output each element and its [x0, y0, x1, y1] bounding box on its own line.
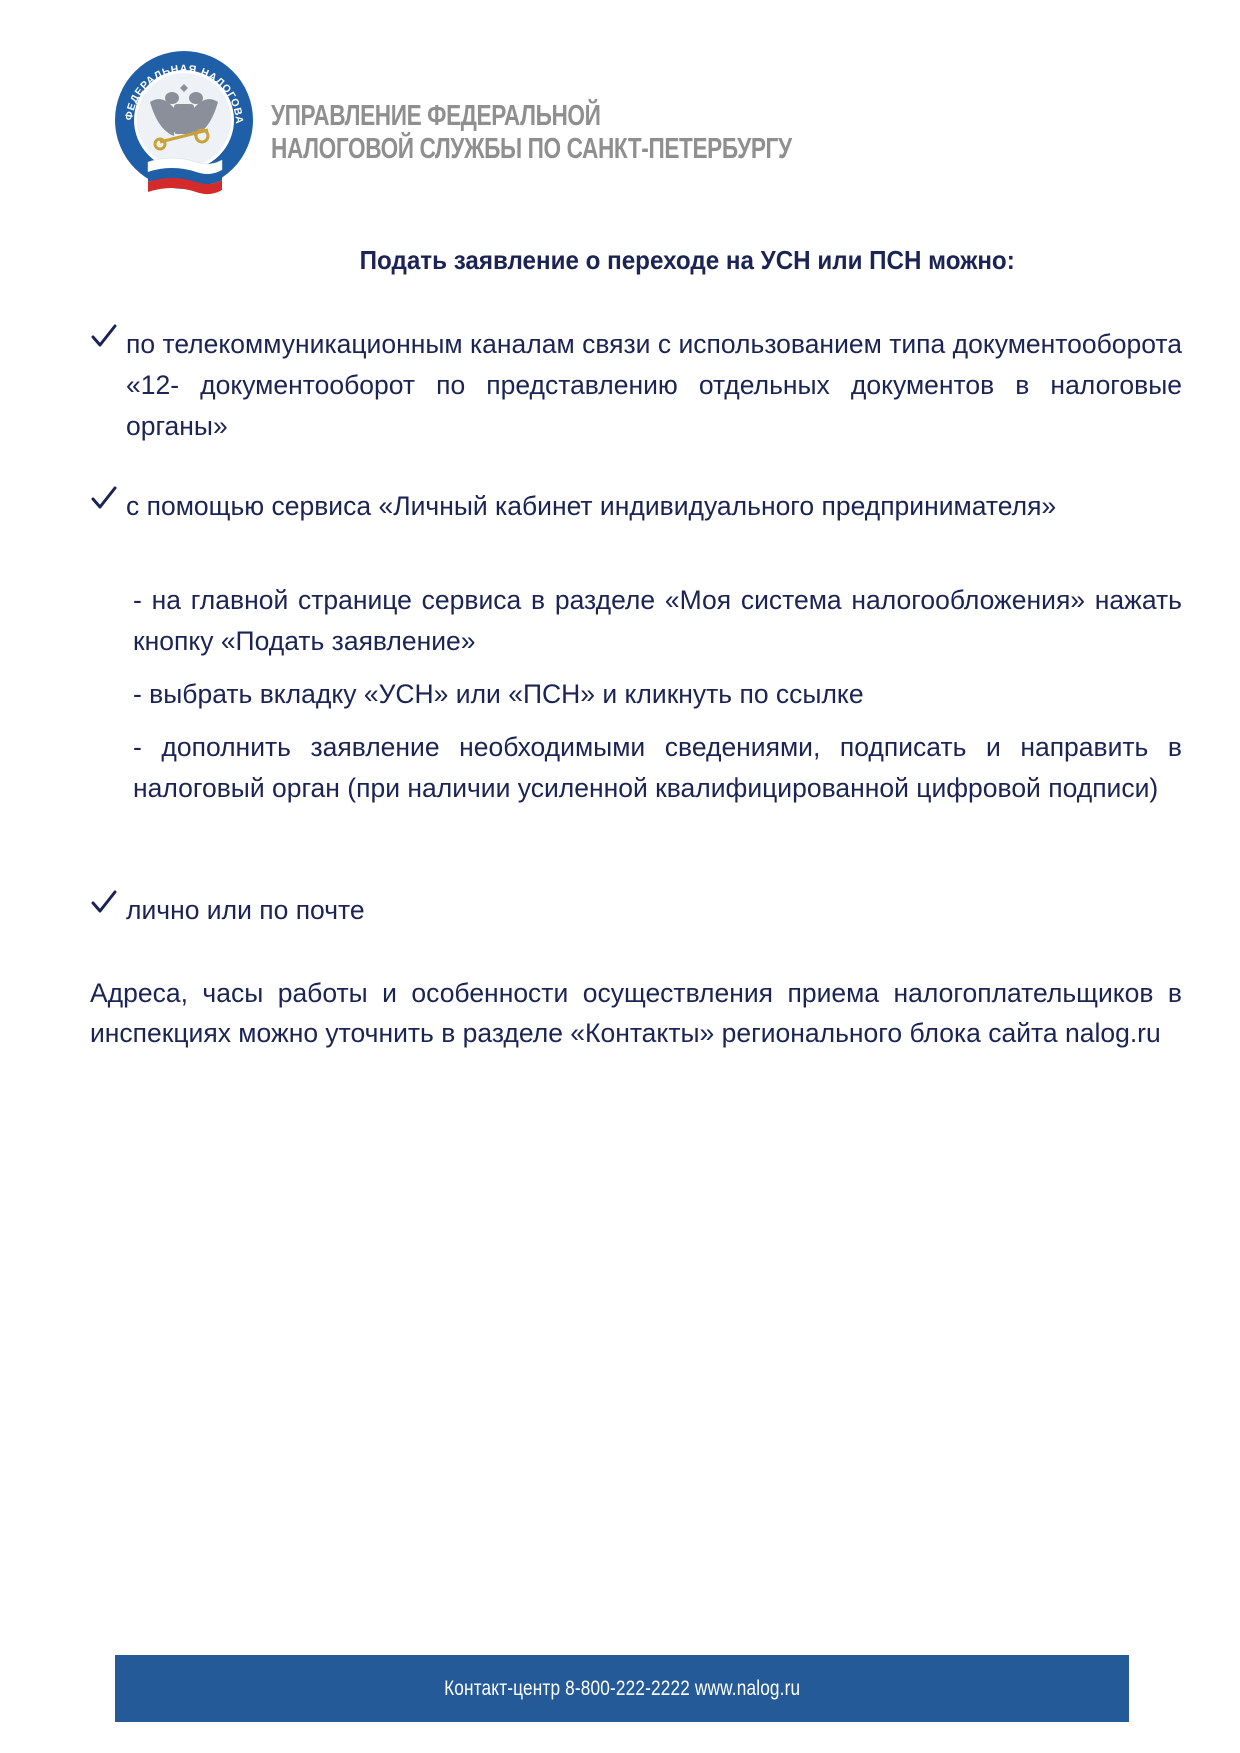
step-text: - выбрать вкладку «УСН» или «ПСН» и клик… [133, 674, 1182, 715]
bullet-item-telecom: по телекоммуникационным каналам связи с … [126, 324, 1182, 447]
bullet-text: лично или по почте [126, 890, 1182, 931]
bullet-item-personal-cabinet: с помощью сервиса «Личный кабинет индиви… [126, 486, 1182, 527]
contacts-note: Адреса, часы работы и особенности осущес… [90, 973, 1182, 1053]
organization-name: УПРАВЛЕНИЕ ФЕДЕРАЛЬНОЙ НАЛОГОВОЙ СЛУЖБЫ … [271, 100, 792, 166]
step-item: - на главной странице сервиса в разделе … [133, 580, 1182, 662]
page-title: Подать заявление о переходе на УСН или П… [0, 245, 1240, 276]
step-item: - выбрать вкладку «УСН» или «ПСН» и клик… [133, 674, 1182, 715]
step-text: - на главной странице сервиса в разделе … [133, 580, 1182, 662]
bullet-item-in-person: лично или по почте [126, 890, 1182, 931]
checkmark-icon [90, 888, 118, 916]
checkmark-icon [90, 322, 118, 350]
step-text: - дополнить заявление необходимыми сведе… [133, 727, 1182, 809]
page-title-text: Подать заявление о переходе на УСН или П… [359, 245, 1014, 276]
step-item: - дополнить заявление необходимыми сведе… [133, 727, 1182, 809]
bullet-text: с помощью сервиса «Личный кабинет индиви… [126, 486, 1182, 527]
footer-contact-text: Контакт-центр 8-800-222-2222 www.nalog.r… [444, 1677, 800, 1701]
checkmark-icon [90, 484, 118, 512]
footer-contact-bar: Контакт-центр 8-800-222-2222 www.nalog.r… [115, 1655, 1129, 1722]
bullet-text: по телекоммуникационным каналам связи с … [126, 324, 1182, 447]
org-name-line1: УПРАВЛЕНИЕ ФЕДЕРАЛЬНОЙ [271, 100, 792, 133]
org-name-line2: НАЛОГОВОЙ СЛУЖБЫ ПО САНКТ-ПЕТЕРБУРГУ [271, 133, 792, 166]
contacts-note-text: Адреса, часы работы и особенности осущес… [90, 973, 1182, 1053]
fns-emblem-logo: ФЕДЕРАЛЬНАЯ НАЛОГОВАЯ СЛУЖБА [110, 50, 258, 200]
